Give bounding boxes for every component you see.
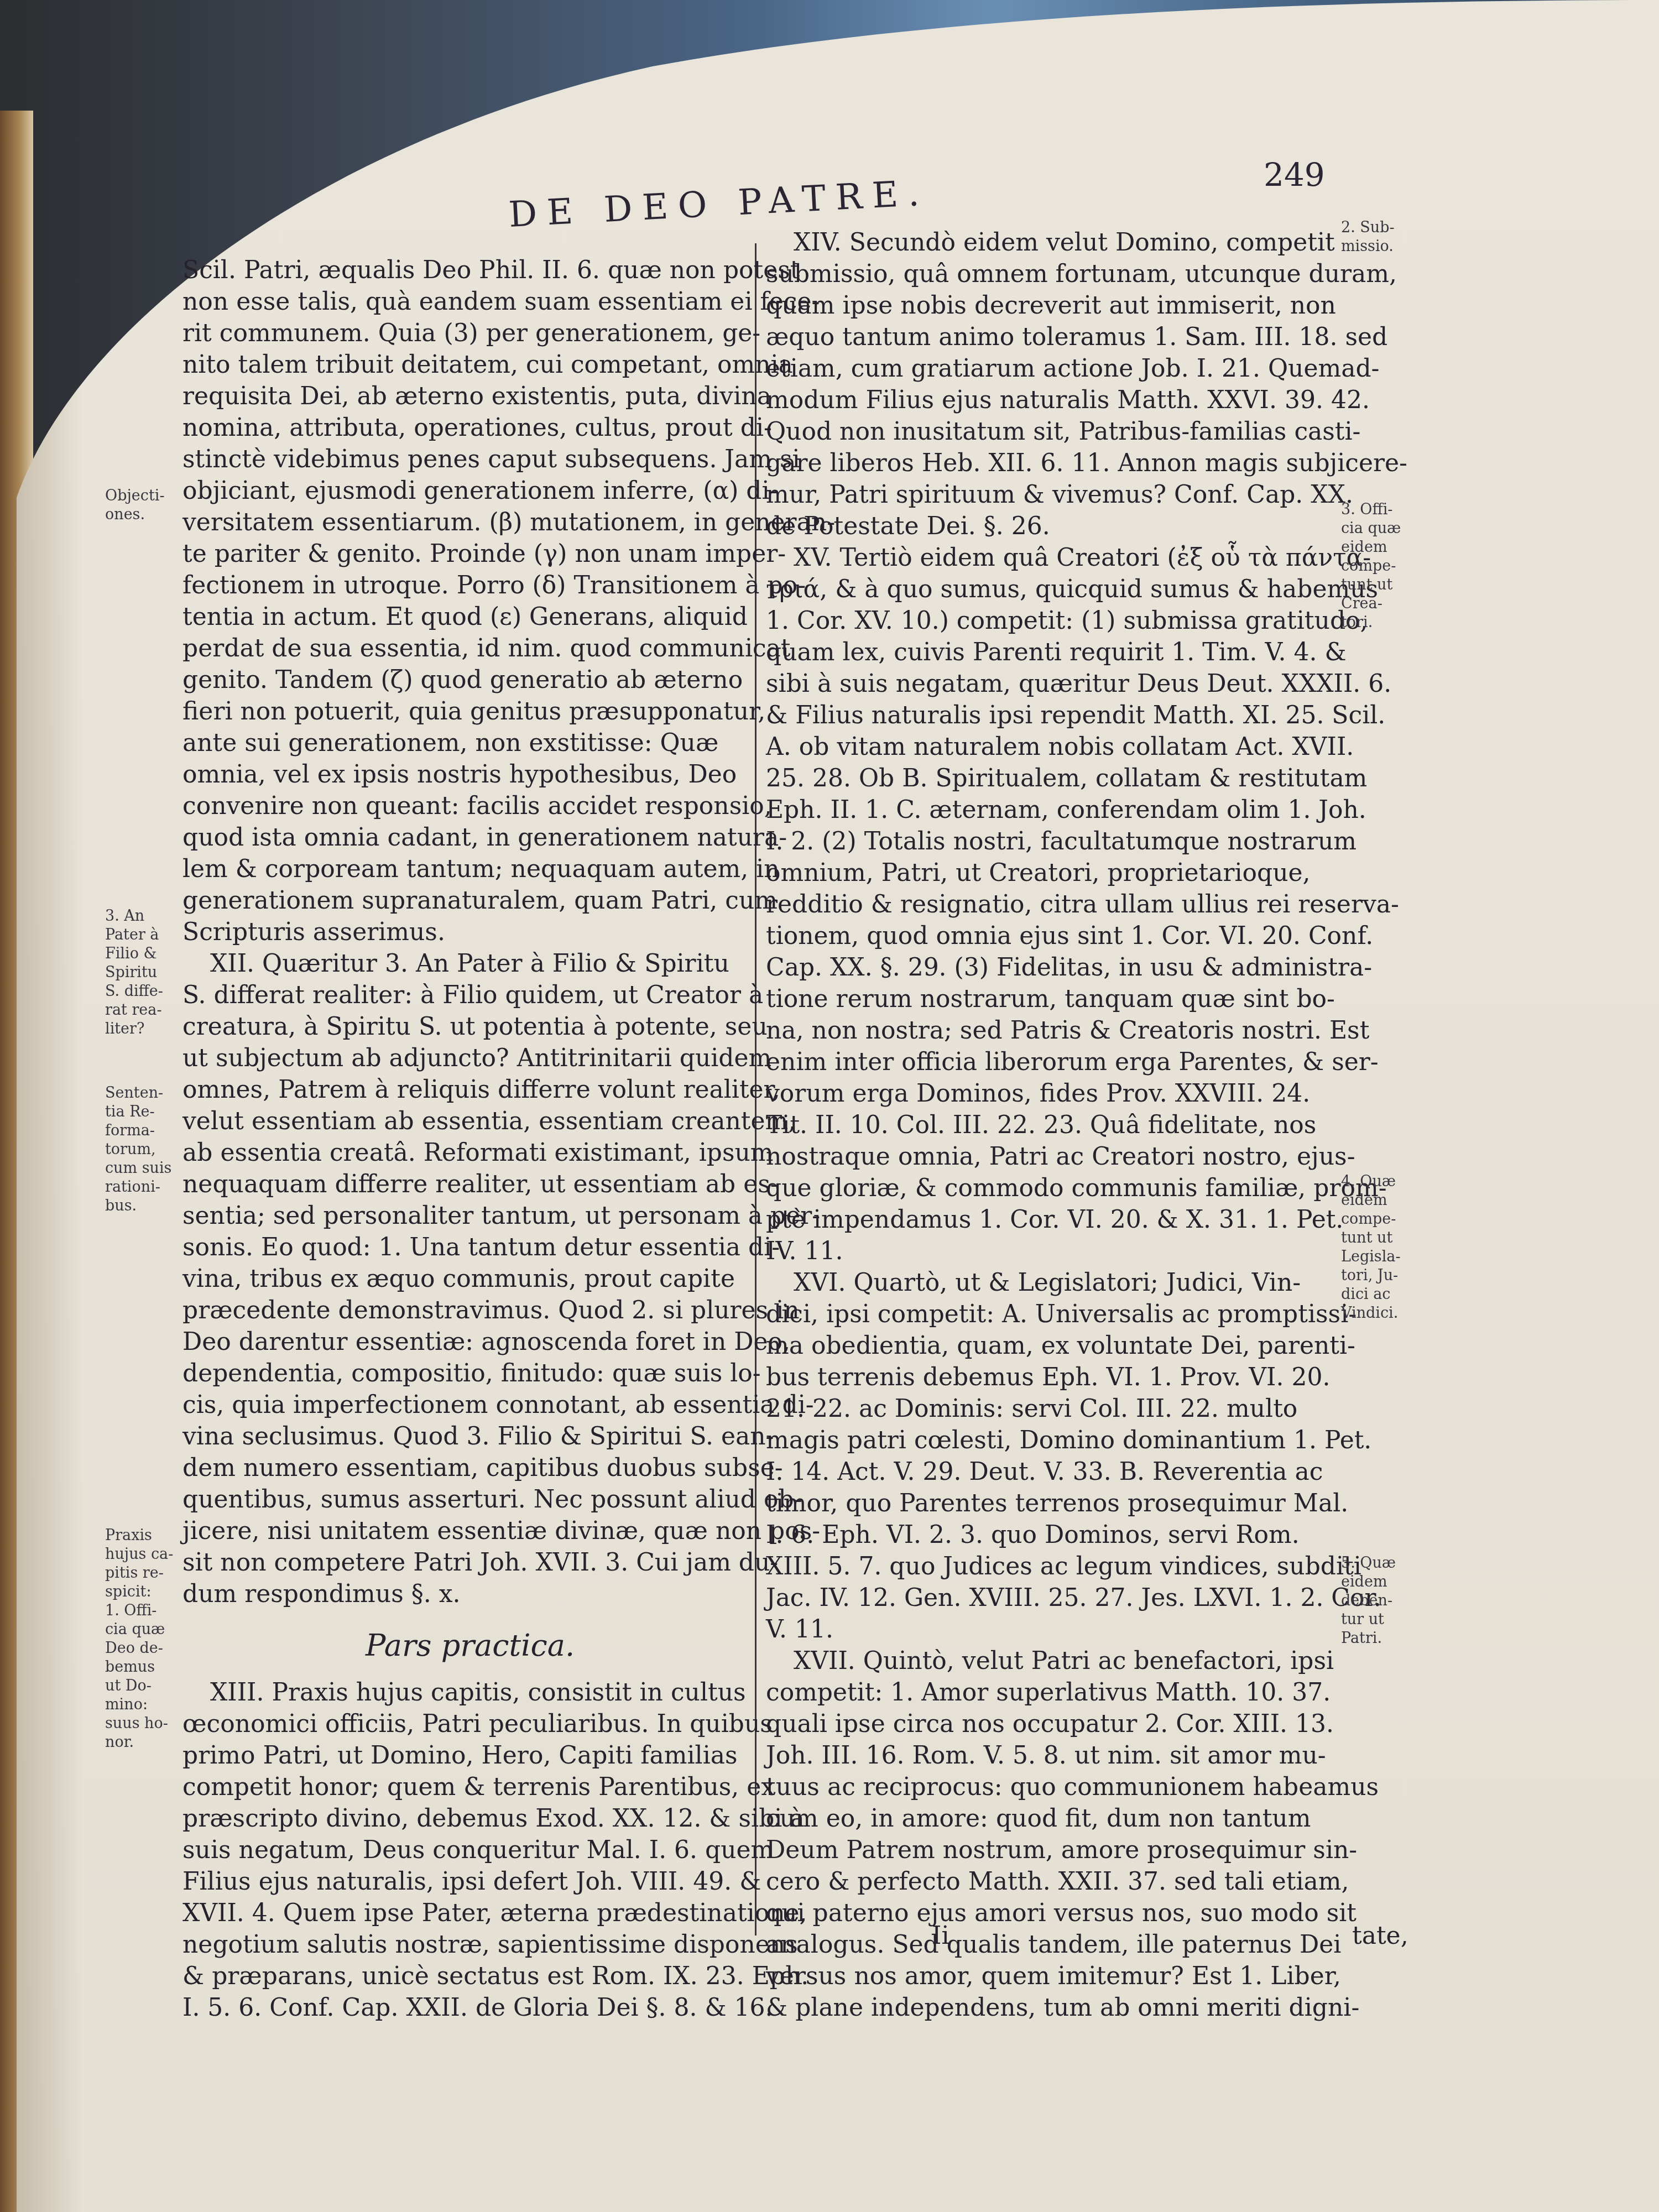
section-heading-pars-practica: Pars practica. (182, 1630, 758, 1661)
text-line: XIII. Praxis hujus capitis, consistit in… (182, 1677, 758, 1708)
text-line: ab essentia creatâ. Reformati existimant… (182, 1137, 758, 1168)
intro-paragraph: Scil. Patri, æqualis Deo Phil. II. 6. qu… (182, 254, 758, 948)
text-line: quam lex, cuivis Parenti requirit 1. Tim… (766, 637, 1380, 668)
text-line: I. 6. Eph. VI. 2. 3. quo Dominos, servi … (766, 1519, 1380, 1551)
text-line: τριά, & à quo sumus, quicquid sumus & ha… (766, 573, 1380, 605)
text-line: sibi à suis negatam, quæritur Deus Deut.… (766, 668, 1380, 700)
text-line: redditio & resignatio, citra ullam ulliu… (766, 889, 1380, 920)
text-line: dem numero essentiam, capitibus duobus s… (182, 1452, 758, 1484)
text-line: Quod non inusitatum sit, Patribus-famili… (766, 416, 1380, 447)
text-line: rit communem. Quia (3) per generationem,… (182, 317, 758, 349)
text-line: Deum Patrem nostrum, amore prosequimur s… (766, 1834, 1380, 1866)
text-line: requisita Dei, ab æterno existentis, put… (182, 380, 758, 412)
text-line: quali ipse circa nos occupatur 2. Cor. X… (766, 1708, 1380, 1740)
text-line: Joh. III. 16. Rom. V. 5. 8. ut nim. sit … (766, 1740, 1380, 1771)
text-line: 25. 28. Ob B. Spiritualem, collatam & re… (766, 763, 1380, 794)
text-line: primo Patri, ut Domino, Hero, Capiti fam… (182, 1740, 758, 1771)
text-line: sonis. Eo quod: 1. Una tantum detur esse… (182, 1232, 758, 1263)
text-line: tione rerum nostrarum, tanquam quæ sint … (766, 983, 1380, 1015)
margin-note-officia-creatori: 3. Offi- cia quæ eidem compe- tunt ut Cr… (1341, 500, 1435, 632)
text-line: I. 5. 6. Conf. Cap. XXII. de Gloria Dei … (182, 1992, 758, 2023)
text-line: XII. Quæritur 3. An Pater à Filio & Spir… (182, 948, 758, 979)
text-line: submissio, quâ omnem fortunam, utcunque … (766, 258, 1380, 290)
text-line: na, non nostra; sed Patris & Creatoris n… (766, 1015, 1380, 1046)
text-line: mur, Patri spirituum & vivemus? Conf. Ca… (766, 479, 1380, 510)
text-line: vorum erga Dominos, fides Prov. XXVIII. … (766, 1078, 1380, 1109)
signature-mark: Ii (932, 1922, 949, 1950)
text-line: suis negatum, Deus conqueritur Mal. I. 6… (182, 1834, 758, 1866)
text-line: Tit. II. 10. Col. III. 22. 23. Quâ fidel… (766, 1109, 1380, 1141)
text-line: & plane independens, tum ab omni meriti … (766, 1992, 1380, 2023)
text-line: tionem, quod omnia ejus sint 1. Cor. VI.… (766, 920, 1380, 952)
text-line: non esse talis, quà eandem suam essentia… (182, 286, 758, 317)
text-line: fieri non potuerit, quia genitus præsupp… (182, 696, 758, 727)
margin-note-patri: 5. Quæ eidem deben- tur ut Patri. (1341, 1554, 1435, 1648)
text-line: I. 2. (2) Totalis nostri, facultatumque … (766, 826, 1380, 857)
text-line: cis, quia imperfectionem connotant, ab e… (182, 1389, 758, 1421)
text-line: cum eo, in amore: quod fit, dum non tant… (766, 1803, 1380, 1834)
margin-note-legislatori: 4. Quæ eidem compe- tunt ut Legisla- tor… (1341, 1172, 1435, 1323)
text-line: IV. 11. (766, 1235, 1380, 1267)
text-line: & præparans, unicè sectatus est Rom. IX.… (182, 1960, 758, 1992)
text-line: Deo darentur essentiæ: agnoscenda foret … (182, 1326, 758, 1358)
text-line: æquo tantum animo toleramus 1. Sam. III.… (766, 321, 1380, 353)
text-line: enim inter officia liberorum erga Parent… (766, 1046, 1380, 1078)
text-line: & Filius naturalis ipsi rependit Matth. … (766, 700, 1380, 731)
text-line: Scripturis asserimus. (182, 916, 758, 948)
text-line: jicere, nisi unitatem essentiæ divinæ, q… (182, 1515, 758, 1547)
text-line: de Potestate Dei. §. 26. (766, 510, 1380, 542)
section-xii: XII. Quæritur 3. An Pater à Filio & Spir… (182, 948, 758, 1610)
margin-note-submissio: 2. Sub- missio. (1341, 218, 1435, 256)
text-line: XV. Tertiò eidem quâ Creatori (ἐξ οὗ τὰ … (766, 542, 1380, 573)
text-line: te pariter & genito. Proinde (γ) non una… (182, 538, 758, 570)
catchword: tate, (1352, 1922, 1408, 1950)
text-line: magis patri cœlesti, Domino dominantium … (766, 1425, 1380, 1456)
section-xvii: XVII. Quintò, velut Patri ac benefactori… (766, 1645, 1380, 2023)
text-line: Eph. II. 1. C. æternam, conferendam olim… (766, 794, 1380, 826)
text-line: vina seclusimus. Quod 3. Filio & Spiritu… (182, 1421, 758, 1452)
text-line: dependentia, compositio, finitudo: quæ s… (182, 1358, 758, 1389)
text-line: omnia, vel ex ipsis nostris hypothesibus… (182, 759, 758, 790)
text-line: Cap. XX. §. 29. (3) Fidelitas, in usu & … (766, 952, 1380, 983)
text-line: lem & corpoream tantum; nequaquam autem,… (182, 853, 758, 885)
text-line: præscripto divino, debemus Exod. XX. 12.… (182, 1803, 758, 1834)
text-line: qui paterno ejus amori versus nos, suo m… (766, 1897, 1380, 1929)
text-line: XIV. Secundò eidem velut Domino, competi… (766, 227, 1380, 258)
text-line: competit honor; quem & terrenis Parentib… (182, 1771, 758, 1803)
text-line: Filius ejus naturalis, ipsi defert Joh. … (182, 1866, 758, 1897)
text-line: quod ista omnia cadant, in generationem … (182, 822, 758, 853)
text-line: nomina, attributa, operationes, cultus, … (182, 412, 758, 444)
right-column: XIV. Secundò eidem velut Domino, competi… (766, 227, 1380, 2023)
text-line: XVII. Quintò, velut Patri ac benefactori… (766, 1645, 1380, 1677)
text-line: 21. 22. ac Dominis: servi Col. III. 22. … (766, 1393, 1380, 1425)
section-xv: XV. Tertiò eidem quâ Creatori (ἐξ οὗ τὰ … (766, 542, 1380, 1267)
text-line: V. 11. (766, 1614, 1380, 1645)
text-line: dum respondimus §. x. (182, 1578, 758, 1610)
section-xvi: XVI. Quartò, ut & Legislatori; Judici, V… (766, 1267, 1380, 1645)
text-line: præcedente demonstravimus. Quod 2. si pl… (182, 1295, 758, 1326)
text-line: omnes, Patrem à reliquis differre volunt… (182, 1074, 758, 1105)
text-line: A. ob vitam naturalem nobis collatam Act… (766, 731, 1380, 763)
margin-note-an-pater-differat: 3. An Pater à Filio & Spiritu S. diffe- … (105, 907, 177, 1039)
text-line: creatura, à Spiritu S. ut potentia à pot… (182, 1011, 758, 1042)
text-line: sentia; sed personaliter tantum, ut pers… (182, 1200, 758, 1232)
text-line: velut essentiam ab essentia, essentiam c… (182, 1105, 758, 1137)
text-line: œconomici officiis, Patri peculiaribus. … (182, 1708, 758, 1740)
text-line: tentia in actum. Et quod (ε) Generans, a… (182, 601, 758, 633)
text-line: nostraque omnia, Patri ac Creatori nostr… (766, 1141, 1380, 1172)
page-number: 249 (1264, 156, 1325, 194)
text-line: dici, ipsi competit: A. Universalis ac p… (766, 1298, 1380, 1330)
text-line: 1. Cor. XV. 10.) competit: (1) submissa … (766, 605, 1380, 637)
margin-note-objectiones: Objecti- ones. (105, 487, 177, 524)
text-line: fectionem in utroque. Porro (δ) Transiti… (182, 570, 758, 601)
left-column: Scil. Patri, æqualis Deo Phil. II. 6. qu… (182, 254, 758, 2023)
text-line: bus terrenis debemus Eph. VI. 1. Prov. V… (766, 1361, 1380, 1393)
section-xiii: XIII. Praxis hujus capitis, consistit in… (182, 1677, 758, 2023)
text-line: modum Filius ejus naturalis Matth. XXVI.… (766, 384, 1380, 416)
text-line: analogus. Sed qualis tandem, ille patern… (766, 1929, 1380, 1960)
margin-note-sententia-reformatorum: Senten- tia Re- forma- torum, cum suis r… (105, 1084, 177, 1215)
text-line: ma obedientia, quam, ex voluntate Dei, p… (766, 1330, 1380, 1361)
text-line: I. 14. Act. V. 29. Deut. V. 33. B. Rever… (766, 1456, 1380, 1488)
text-line: convenire non queant: facilis accidet re… (182, 790, 758, 822)
text-line: XVII. 4. Quem ipse Pater, æterna prædest… (182, 1897, 758, 1929)
text-line: omnium, Patri, ut Creatori, proprietario… (766, 857, 1380, 889)
text-line: ante sui generationem, non exstitisse: Q… (182, 727, 758, 759)
text-line: stinctè videbimus penes caput subsequens… (182, 444, 758, 475)
text-line: versus nos amor, quem imitemur? Est 1. L… (766, 1960, 1380, 1992)
section-xiv: XIV. Secundò eidem velut Domino, competi… (766, 227, 1380, 542)
text-line: XVI. Quartò, ut & Legislatori; Judici, V… (766, 1267, 1380, 1298)
text-line: quentibus, sumus asserturi. Nec possunt … (182, 1484, 758, 1515)
text-line: S. differat realiter: à Filio quidem, ut… (182, 979, 758, 1011)
text-line: nequaquam differre realiter, ut essentia… (182, 1168, 758, 1200)
text-line: competit: 1. Amor superlativus Matth. 10… (766, 1677, 1380, 1708)
text-line: ut subjectum ab adjuncto? Antitrinitarii… (182, 1042, 758, 1074)
text-line: ptè impendamus 1. Cor. VI. 20. & X. 31. … (766, 1204, 1380, 1235)
text-line: perdat de sua essentia, id nim. quod com… (182, 633, 758, 664)
text-line: versitatem essentiarum. (β) mutationem, … (182, 507, 758, 538)
text-line: quam ipse nobis decreverit aut immiserit… (766, 290, 1380, 321)
text-line: gare liberos Heb. XII. 6. 11. Annon magi… (766, 447, 1380, 479)
text-line: Jac. IV. 12. Gen. XVIII. 25. 27. Jes. LX… (766, 1582, 1380, 1614)
text-line: vina, tribus ex æquo communis, prout cap… (182, 1263, 758, 1295)
text-line: Scil. Patri, æqualis Deo Phil. II. 6. qu… (182, 254, 758, 286)
text-line: cero & perfecto Matth. XXII. 37. sed tal… (766, 1866, 1380, 1897)
text-line: sit non competere Patri Joh. XVII. 3. Cu… (182, 1547, 758, 1578)
text-line: generationem supranaturalem, quam Patri,… (182, 885, 758, 916)
text-line: tuus ac reciprocus: quo communionem habe… (766, 1771, 1380, 1803)
margin-note-praxis: Praxis hujus ca- pitis re- spicit: 1. Of… (105, 1526, 177, 1752)
text-line: etiam, cum gratiarum actione Job. I. 21.… (766, 353, 1380, 384)
text-line: objiciant, ejusmodi generationem inferre… (182, 475, 758, 507)
text-line: que gloriæ, & commodo communis familiæ, … (766, 1172, 1380, 1204)
text-line: XIII. 5. 7. quo Judices ac legum vindice… (766, 1551, 1380, 1582)
text-line: nito talem tribuit deitatem, cui competa… (182, 349, 758, 380)
text-line: negotium salutis nostræ, sapientissime d… (182, 1929, 758, 1960)
text-line: genito. Tandem (ζ) quod generatio ab æte… (182, 664, 758, 696)
text-line: timor, quo Parentes terrenos prosequimur… (766, 1488, 1380, 1519)
